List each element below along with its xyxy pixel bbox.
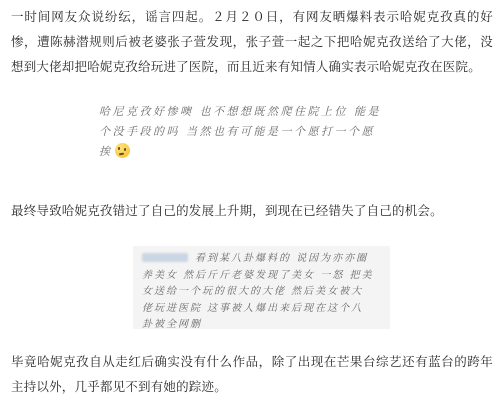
comment-line-3-text: 挨 xyxy=(99,145,113,158)
article-paragraph-3: 毕竟哈妮克孜自从走红后确实没有什么作品，除了出现在芒果台综艺还有蓝台的跨年主持以… xyxy=(11,350,493,400)
gossip-line-1: 看到某八卦爆料的 说因为亦亦圈 xyxy=(142,251,381,268)
gossip-line-1-text: 看到某八卦爆料的 说因为亦亦圈 xyxy=(195,253,368,264)
article-paragraph-1: 一时间网友众说纷纭，谣言四起。２月２０日，有网友晒爆料表示哈妮克孜真的好惨，遭陈… xyxy=(11,5,493,80)
comment-line-2: 个没手段的吗 当然也有可能是一个愿打一个愿 xyxy=(99,122,421,142)
comment-line-1: 哈尼克孜好惨噢 也不想想既然爬住院上位 能是 xyxy=(99,102,421,122)
thinking-face-emoji-icon xyxy=(115,143,130,158)
gossip-line-5: 卦被全网删 xyxy=(142,317,381,334)
gossip-line-3: 女送给一个玩的很大的大佬 然后美女被大 xyxy=(142,284,381,301)
blurred-username-redaction xyxy=(142,253,188,262)
gossip-line-2: 养美女 然后斤斤老婆发现了美女 一怒 把美 xyxy=(142,268,381,285)
comment-line-3: 挨 xyxy=(99,142,421,162)
gossip-screenshot-image: 看到某八卦爆料的 说因为亦亦圈 养美女 然后斤斤老婆发现了美女 一怒 把美 女送… xyxy=(133,246,390,329)
comment-image: 哈尼克孜好惨噢 也不想想既然爬住院上位 能是 个没手段的吗 当然也有可能是一个愿… xyxy=(99,102,421,162)
gossip-line-4: 佬玩进医院 这事被人爆出来后现在这个八 xyxy=(142,301,381,318)
article-paragraph-2: 最终导致哈妮克孜错过了自己的发展上升期，到现在已经错失了自己的机会。 xyxy=(11,199,493,224)
